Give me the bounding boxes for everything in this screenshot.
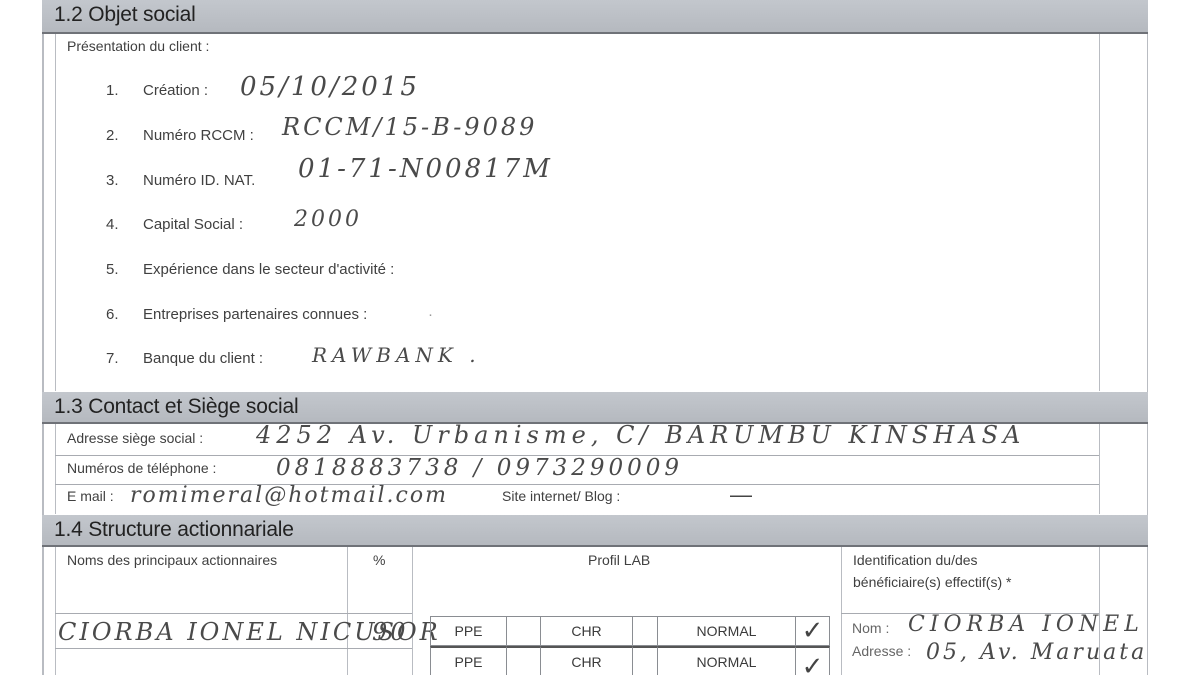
header-beneficiary-line2: bénéficiaire(s) effectif(s) * [853,574,1011,590]
table-border [347,547,348,675]
profile-chr-label: CHR [540,616,633,646]
field-label: Capital Social : [143,216,243,233]
profile-chr-checkbox[interactable] [632,646,658,675]
header-beneficiary-line1: Identification du/des [853,552,978,568]
header-names: Noms des principaux actionnaires [67,552,277,568]
beneficiary-nom-value[interactable]: CIORBA IONEL [908,612,1144,637]
website-value[interactable]: — [730,482,752,508]
checkmark-icon: ✓ [802,652,824,675]
section-header-structure: 1.4 Structure actionnariale [42,515,1148,547]
email-value[interactable]: romimeral@hotmail.com [130,483,448,508]
profile-ppe-checkbox[interactable] [506,616,541,646]
phone-label: Numéros de téléphone : [67,460,216,476]
inner-right-border [1099,424,1100,514]
shareholder-percent[interactable]: 90 [372,618,409,646]
profile-ppe-label: PPE [430,616,507,646]
table-border [841,547,842,675]
table-border [412,547,413,675]
profile-normal-checkbox[interactable]: ✓ [795,616,830,646]
section-header-objet-social: 1.2 Objet social [42,0,1148,34]
section-title: 1.2 Objet social [54,3,196,27]
client-presentation-label: Présentation du client : [67,38,209,54]
section-title: 1.4 Structure actionnariale [54,518,294,542]
website-label: Site internet/ Blog : [502,488,620,504]
inner-left-border [55,424,56,514]
table-row-divider [55,648,412,649]
inner-right-border [1099,34,1100,391]
beneficiary-nom-label: Nom : [852,620,889,636]
field-label: Numéro RCCM : [143,127,254,144]
table-border [55,547,56,675]
profile-chr-label: CHR [540,646,633,675]
header-percent: % [373,552,385,568]
id-nat-value[interactable]: 01-71-N00817M [298,154,553,184]
profile-normal-label: NORMAL [657,616,796,646]
header-profile-lab: Profil LAB [588,552,650,568]
profile-ppe-checkbox[interactable] [506,646,541,675]
partners-value[interactable]: · [428,306,433,323]
profile-normal-checkbox[interactable]: ✓ [795,646,830,675]
address-label: Adresse siège social : [67,430,203,446]
field-label: Entreprises partenaires connues : [143,306,367,323]
section-title: 1.3 Contact et Siège social [54,395,298,419]
profile-ppe-label: PPE [430,646,507,675]
page-left-border [42,0,44,675]
field-label: Numéro ID. NAT. [143,172,255,189]
profile-normal-label: NORMAL [657,646,796,675]
checkmark-icon: ✓ [802,616,824,646]
inner-left-border [55,34,56,391]
profile-chr-checkbox[interactable] [632,616,658,646]
beneficiary-adresse-label: Adresse : [852,643,911,659]
capital-social-value[interactable]: 2000 [294,207,362,232]
address-value[interactable]: 4252 Av. Urbanisme, C/ BARUMBU KINSHASA [256,421,1025,449]
section-header-contact: 1.3 Contact et Siège social [42,392,1148,424]
bank-value[interactable]: RAWBANK . [312,343,481,367]
page-right-border [1147,0,1148,675]
table-row-divider [55,613,412,614]
rccm-number-value[interactable]: RCCM/15-B-9089 [282,113,537,141]
creation-date-value[interactable]: 05/10/2015 [240,72,420,102]
field-label: Banque du client : [143,350,263,367]
field-label: Création : [143,82,208,99]
beneficiary-adresse-value[interactable]: 05, Av. Maruata [926,640,1147,665]
phone-value[interactable]: 0818883738 / 0973290009 [276,455,683,481]
field-label: Expérience dans le secteur d'activité : [143,261,394,278]
email-label: E mail : [67,488,114,504]
